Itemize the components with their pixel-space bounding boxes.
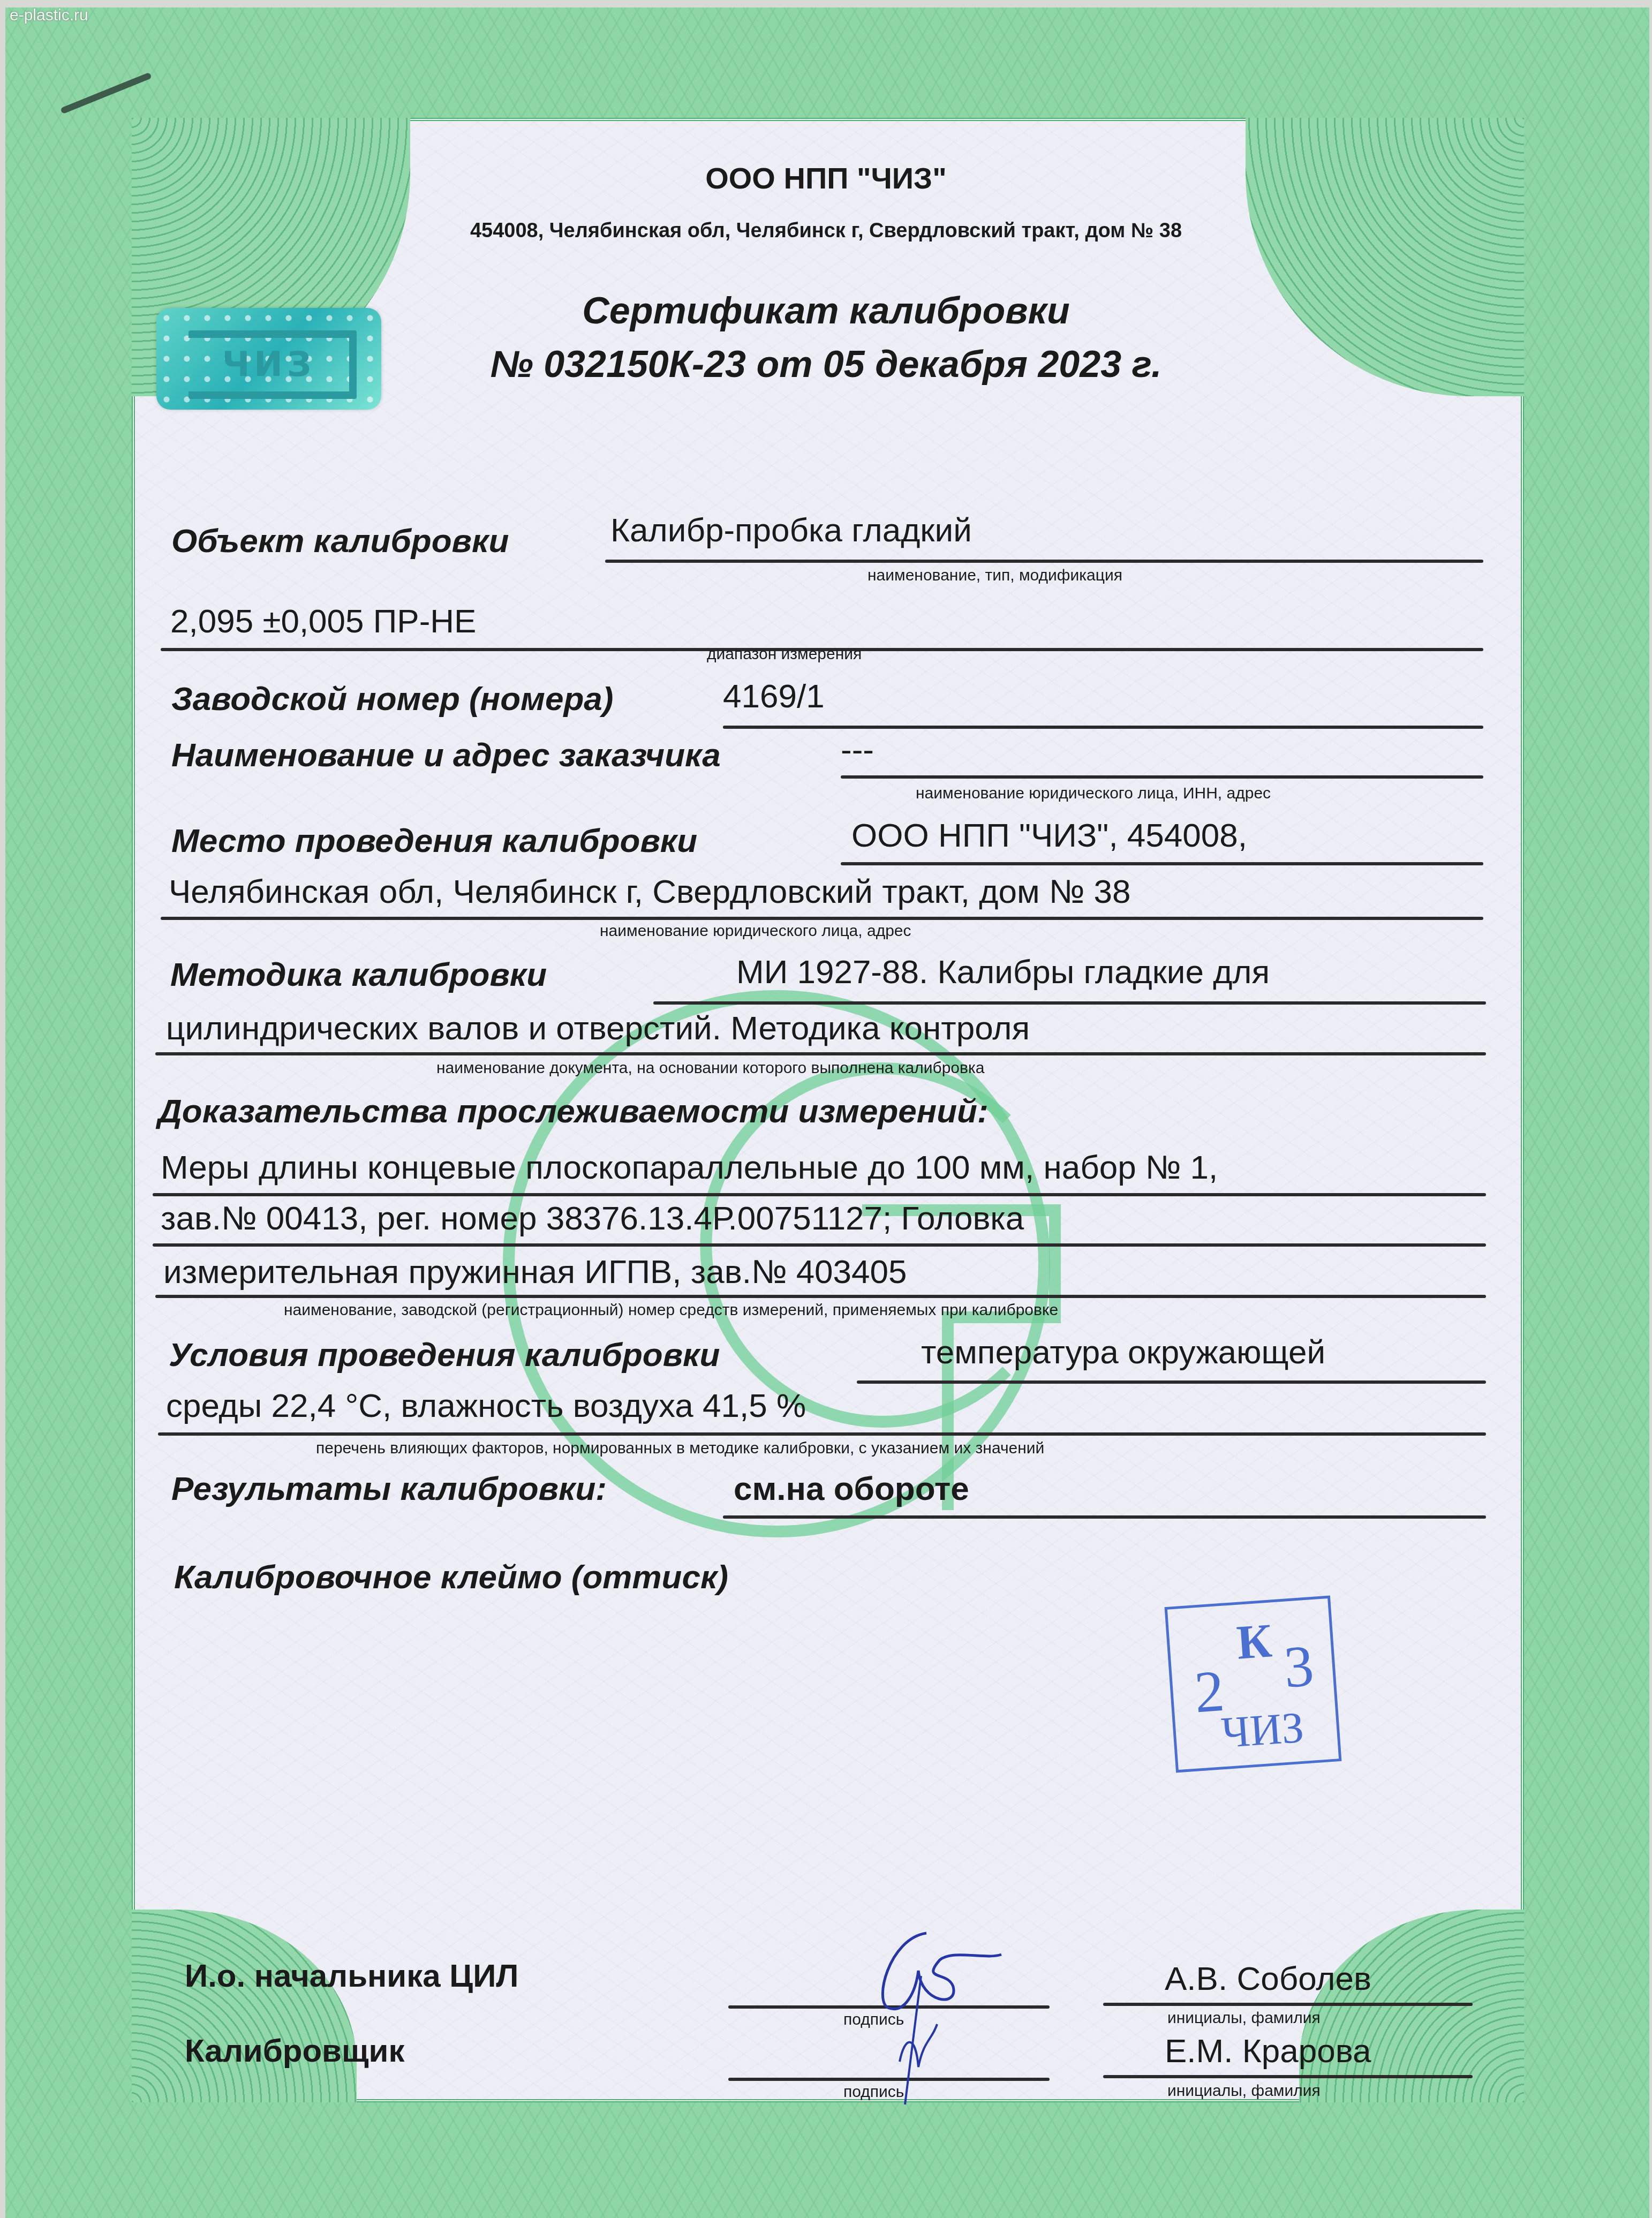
head-name-line bbox=[1103, 2003, 1473, 2006]
serial-label: Заводской номер (номера) bbox=[171, 680, 613, 718]
results-underline bbox=[723, 1515, 1486, 1519]
traceability-label: Доказательства прослеживаемости измерени… bbox=[158, 1092, 989, 1130]
calibrator-name-hint: инициалы, фамилия bbox=[1167, 2082, 1321, 2100]
object-label: Объект калибровки bbox=[171, 522, 509, 560]
serial-value: 4169/1 bbox=[723, 677, 825, 715]
traceability-underline-3 bbox=[155, 1295, 1486, 1298]
traceability-hint: наименование, заводской (регистрационный… bbox=[284, 1301, 1058, 1319]
customer-hint: наименование юридического лица, ИНН, адр… bbox=[916, 784, 1271, 803]
place-value-line2: Челябинская обл, Челябинск г, Свердловск… bbox=[169, 873, 1131, 911]
calibration-mark-label: Калибровочное клеймо (оттиск) bbox=[174, 1558, 728, 1596]
conditions-value-line2: среды 22,4 °С, влажность воздуха 41,5 % bbox=[166, 1387, 806, 1425]
calibrator-sign-hint: подпись bbox=[843, 2083, 904, 2101]
method-hint: наименование документа, на основании кот… bbox=[436, 1059, 984, 1077]
conditions-hint: перечень влияющих факторов, нормированны… bbox=[316, 1439, 1044, 1458]
object-underline bbox=[605, 560, 1483, 563]
certificate-title: Сертификат калибровки bbox=[0, 289, 1652, 332]
company-address: 454008, Челябинская обл, Челябинск г, Св… bbox=[0, 220, 1652, 243]
conditions-underline-2 bbox=[158, 1432, 1486, 1436]
place-underline-2 bbox=[161, 917, 1483, 920]
place-label: Место проведения калибровки bbox=[171, 822, 697, 860]
head-role: И.о. начальника ЦИЛ bbox=[185, 1957, 518, 1994]
head-name: А.В. Соболев bbox=[1165, 1960, 1371, 1998]
place-underline-1 bbox=[841, 862, 1483, 865]
head-sign-hint: подпись bbox=[843, 2011, 904, 2029]
traceability-underline-1 bbox=[153, 1193, 1486, 1196]
stamp-letter: К bbox=[1235, 1613, 1273, 1671]
traceability-value-line2: зав.№ 00413, рег. номер 38376.13.4Р.0075… bbox=[161, 1199, 1024, 1238]
calibration-stamp: К 2 3 ЧИЗ bbox=[1165, 1596, 1342, 1773]
calibrator-name: Е.М. Крарова bbox=[1165, 2032, 1371, 2070]
results-value: см.на обороте bbox=[734, 1470, 969, 1508]
range-value: 2,095 ±0,005 ПР-НЕ bbox=[170, 602, 476, 640]
customer-underline bbox=[841, 775, 1483, 779]
range-hint: диапазон измерения bbox=[707, 645, 862, 663]
traceability-value-line3: измерительная пружинная ИГПВ, зав.№ 4034… bbox=[163, 1253, 907, 1291]
place-hint: наименование юридического лица, адрес bbox=[600, 922, 911, 940]
head-sign-line bbox=[728, 2005, 1050, 2009]
company-name: ООО НПП "ЧИЗ" bbox=[0, 161, 1652, 195]
serial-underline bbox=[723, 726, 1483, 729]
method-value-line1: МИ 1927-88. Калибры гладкие для bbox=[736, 953, 1270, 991]
stamp-digit-right: 3 bbox=[1282, 1632, 1316, 1702]
conditions-value-line1: температура окружающей bbox=[921, 1333, 1325, 1371]
calibrator-sign-line bbox=[728, 2078, 1050, 2081]
site-watermark: e-plastic.ru bbox=[10, 6, 88, 25]
object-hint: наименование, тип, модификация bbox=[868, 567, 1122, 585]
stamp-org: ЧИЗ bbox=[1220, 1702, 1306, 1758]
conditions-underline-1 bbox=[857, 1380, 1486, 1384]
calibrator-name-line bbox=[1103, 2075, 1473, 2078]
calibrator-role: Калибровщик bbox=[185, 2032, 405, 2069]
method-label: Методика калибровки bbox=[170, 956, 547, 994]
customer-value: --- bbox=[841, 731, 874, 769]
conditions-label: Условия проведения калибровки bbox=[169, 1336, 720, 1374]
traceability-value-line1: Меры длины концевые плоскопараллельные д… bbox=[161, 1149, 1218, 1187]
method-value-line2: цилиндрических валов и отверстий. Методи… bbox=[166, 1009, 1030, 1047]
certificate-number: № 032150К-23 от 05 декабря 2023 г. bbox=[0, 343, 1652, 386]
head-name-hint: инициалы, фамилия bbox=[1167, 2009, 1321, 2027]
place-value-line1: ООО НПП "ЧИЗ", 454008, bbox=[851, 817, 1247, 855]
method-underline-1 bbox=[653, 1001, 1486, 1005]
results-label: Результаты калибровки: bbox=[171, 1470, 607, 1508]
customer-label: Наименование и адрес заказчика bbox=[171, 736, 721, 774]
traceability-underline-2 bbox=[153, 1243, 1486, 1247]
method-underline-2 bbox=[155, 1052, 1486, 1055]
object-value: Калибр-пробка гладкий bbox=[610, 511, 972, 549]
